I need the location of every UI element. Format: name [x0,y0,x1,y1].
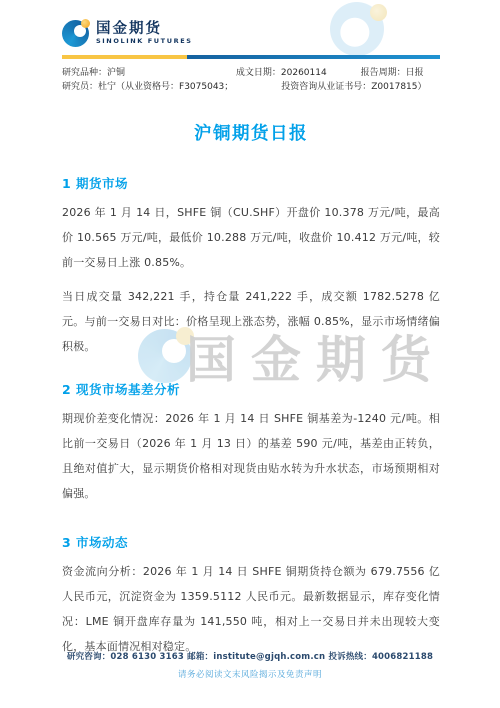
sinolink-logo: 国金期货 SINOLINK FUTURES [62,20,440,47]
section-futures-market: 1 期货市场 2026 年 1 月 14 日，SHFE 铜（CU.SHF）开盘价… [62,174,440,359]
research-variety: 研究品种：沪铜 [62,66,236,80]
section-1-heading: 1 期货市场 [62,174,440,192]
advisory-cert: 投资咨询从业证书号：Z0017815） [281,80,440,94]
brand-name-en: SINOLINK FUTURES [96,37,193,46]
advisory-cert-label: 投资咨询从业证书号： [281,82,371,92]
brand-name-cn: 国金期货 [96,21,193,37]
meta-row-1: 研究品种：沪铜 成文日期：20260114 报告周期：日报 [62,66,440,80]
section-1-paragraph-1: 2026 年 1 月 14 日，SHFE 铜（CU.SHF）开盘价 10.378… [62,200,440,275]
report-header: 国金期货 SINOLINK FUTURES 研究品种：沪铜 成文日期：20260… [62,20,440,94]
section-1-paragraph-2: 当日成交量 342,221 手，持仓量 241,222 手，成交额 1782.5… [62,284,440,359]
sinolink-logo-text: 国金期货 SINOLINK FUTURES [96,21,193,46]
section-2-paragraph-1: 期现价差变化情况：2026 年 1 月 14 日 SHFE 铜基差为-1240 … [62,406,440,506]
report-period-label: 报告周期： [361,68,406,78]
advisory-cert-value: Z0017815） [371,82,426,92]
meta-row-2: 研究员：杜宁（从业资格号：F3075043； 投资咨询从业证书号：Z001781… [62,80,440,94]
footer-disclaimer: 请务必阅读文末风险揭示及免责声明 [0,668,500,680]
section-3-paragraph-1: 资金流向分析：2026 年 1 月 14 日 SHFE 铜期货持仓额为 679.… [62,559,440,659]
research-variety-label: 研究品种： [62,68,107,78]
footer-contact-line: 研究咨询：028 6130 3163 邮箱：institute@gjqh.com… [0,650,500,662]
section-2-heading: 2 现货市场基差分析 [62,380,440,398]
divider-yellow-segment [62,55,187,59]
researcher-value: 杜宁（从业资格号：F3075043； [98,82,233,92]
divider-blue-segment [187,55,440,59]
section-spot-basis-analysis: 2 现货市场基差分析 期现价差变化情况：2026 年 1 月 14 日 SHFE… [62,380,440,506]
report-meta: 研究品种：沪铜 成文日期：20260114 报告周期：日报 研究员：杜宁（从业资… [62,66,440,94]
report-period-value: 日报 [406,68,424,78]
researcher: 研究员：杜宁（从业资格号：F3075043； [62,80,281,94]
section-market-dynamics: 3 市场动态 资金流向分析：2026 年 1 月 14 日 SHFE 铜期货持仓… [62,533,440,659]
report-title: 沪铜期货日报 [62,120,440,145]
report-period: 报告周期：日报 [361,66,440,80]
section-3-heading: 3 市场动态 [62,533,440,551]
report-date-value: 20260114 [281,68,327,78]
report-date: 成文日期：20260114 [236,66,361,80]
header-divider-bar [62,55,440,59]
report-footer: 研究咨询：028 6130 3163 邮箱：institute@gjqh.com… [0,650,500,680]
researcher-label: 研究员： [62,82,98,92]
report-page: 国金期货 国金期货 SINOLINK FUTURES 研究品种：沪铜 成文日期：… [0,0,500,708]
report-body: 1 期货市场 2026 年 1 月 14 日，SHFE 铜（CU.SHF）开盘价… [62,174,440,659]
report-date-label: 成文日期： [236,68,281,78]
research-variety-value: 沪铜 [107,68,125,78]
sinolink-logo-icon [62,20,89,47]
